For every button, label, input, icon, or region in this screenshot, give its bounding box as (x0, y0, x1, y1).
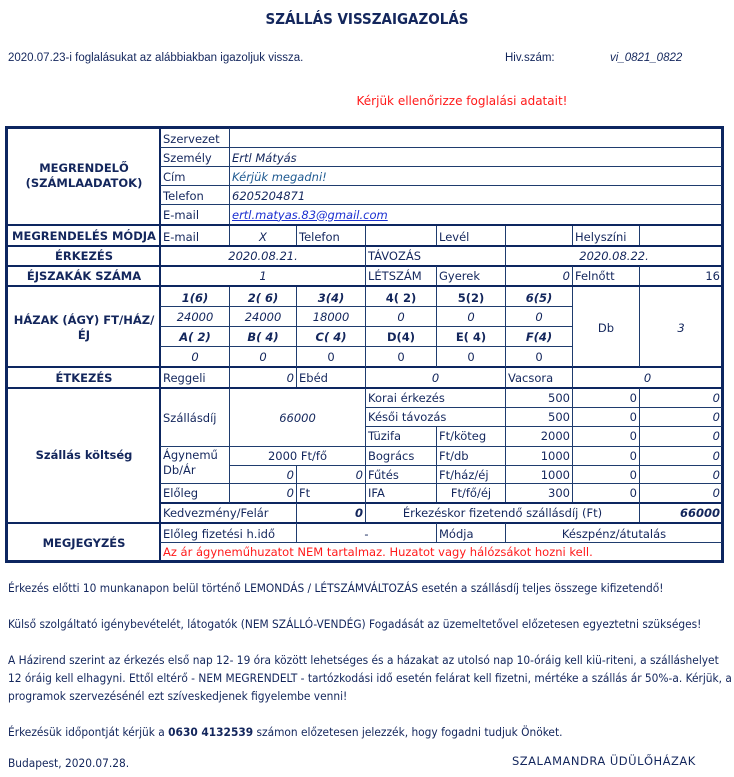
extra-name: IFA (366, 484, 436, 502)
person-label: Személy (161, 148, 229, 167)
grid-line (721, 126, 724, 563)
grid-line (5, 560, 724, 563)
grid-line (5, 522, 724, 524)
children-label: Gyerek (437, 267, 505, 285)
grid-line (296, 465, 297, 502)
extra-qty[interactable]: 0 (573, 408, 639, 426)
children-value[interactable]: 0 (506, 267, 572, 285)
nights-label: ÉJSZAKÁK SZÁMA (8, 267, 160, 285)
grid-line (160, 346, 573, 347)
check-warning: Kérjük ellenőrizze foglalási adatait! (0, 94, 734, 108)
house-name: 5(2) (437, 288, 505, 307)
intro-text: 2020.07.23-i foglalásukat az alábbiakban… (8, 52, 303, 64)
grid-line (160, 542, 722, 543)
extra-qty[interactable]: 0 (573, 447, 639, 465)
adults-value[interactable]: 16 (640, 267, 722, 285)
order-mode-phone-mark[interactable] (366, 227, 436, 246)
lunch-value[interactable]: 0 (366, 369, 505, 387)
arrival-label: ÉRKEZÉS (8, 247, 160, 265)
grid-line (436, 523, 437, 542)
contact-phone[interactable]: 0630 4132539 (168, 725, 253, 739)
order-mode-email-mark[interactable]: X (230, 227, 296, 246)
grid-line (366, 407, 722, 408)
order-mode-phone-label: Telefon (297, 227, 365, 246)
order-mode-label: MEGRENDELÉS MÓDJA (8, 227, 160, 246)
deposit-deadline-value[interactable]: - (297, 525, 436, 542)
grid-line (639, 388, 640, 522)
phone-label: Telefon (161, 186, 229, 205)
grid-line (366, 465, 722, 466)
discount-value[interactable]: 0 (297, 504, 365, 522)
deposit-label: Előleg (161, 484, 229, 502)
grid-line (229, 368, 230, 387)
lunch-label: Ebéd (297, 369, 365, 387)
grid-line (366, 426, 722, 427)
reference-value: vi_0821_0822 (610, 52, 682, 64)
grid-line (229, 128, 230, 224)
house-count-value[interactable]: 3 (640, 288, 722, 367)
adults-label: Felnőtt (573, 267, 639, 285)
cancellation-terms: Érkezés előtti 10 munkanapon belül törté… (8, 579, 732, 597)
extra-total: 0 (640, 408, 722, 426)
houses-label: HÁZAK (ÁGY) FT/HÁZ/ ÉJ (8, 288, 160, 367)
grid-line (160, 204, 722, 205)
house-price[interactable]: 0 (506, 347, 572, 366)
house-name: 4( 2) (366, 288, 436, 307)
notes-remark: Az ár ágyneműhuzatot NEM tartalmaz. Huza… (161, 543, 722, 560)
grid-line (229, 226, 230, 245)
company-name: SZALAMANDRA ÜDÜLŐHÁZAK (512, 754, 696, 768)
extra-price: 1000 (506, 447, 572, 465)
cost-section-label: Szállás költség (8, 389, 160, 522)
grid-line (572, 226, 573, 245)
house-count-label: Db (573, 288, 639, 367)
extra-total: 0 (640, 466, 722, 484)
grid-line (229, 388, 230, 503)
house-name: B( 4) (230, 327, 296, 346)
house-price[interactable]: 0 (161, 347, 229, 366)
house-name: C( 4) (297, 327, 365, 346)
bedding-price: 2000 Ft/fő (230, 447, 365, 465)
address-label: Cím (161, 167, 229, 186)
grid-line (505, 226, 506, 245)
order-mode-letter-label: Levél (437, 227, 505, 246)
notes-label: MEGJEGYZÉS (8, 525, 160, 561)
arrival-notice-before: Érkezésük időpontját kérjük a (8, 725, 168, 739)
payment-method-value[interactable]: Készpénz/átutalás (506, 525, 722, 542)
extra-name: Késői távozás (366, 408, 505, 426)
amount-due-value: 66000 (640, 504, 722, 522)
extra-total: 0 (640, 447, 722, 465)
house-name: A( 2) (161, 327, 229, 346)
grid-line (159, 126, 161, 563)
house-price[interactable]: 0 (437, 347, 505, 366)
house-rules-terms: A Házirend szerint az érkezés első nap 1… (8, 651, 732, 705)
address-value[interactable]: Kérjük megadni! (230, 167, 722, 186)
extra-price: 1000 (506, 466, 572, 484)
house-name: D(4) (366, 327, 436, 346)
house-price[interactable]: 24000 (161, 307, 229, 326)
org-label: Szervezet (161, 129, 229, 148)
grid-line (572, 368, 573, 387)
arrival-notice: Érkezésük időpontját kérjük a 0630 41325… (8, 723, 732, 741)
grid-line (366, 446, 722, 447)
grid-line (505, 266, 506, 285)
extra-name: Tüzifa (366, 427, 436, 445)
grid-line (160, 326, 573, 327)
order-mode-email-label: E-mail (161, 227, 229, 246)
extra-name: Bogrács (366, 447, 436, 465)
grid-line (436, 266, 437, 285)
extra-qty[interactable]: 0 (573, 427, 639, 445)
grid-line (160, 446, 366, 447)
grid-line (160, 147, 722, 148)
house-name: 3(4) (297, 288, 365, 307)
grid-line (366, 483, 722, 484)
reference-label: Hiv.szám: (505, 52, 555, 64)
grid-line (505, 388, 506, 502)
house-name: E( 4) (437, 327, 505, 346)
departure-label: TÁVOZÁS (366, 247, 505, 265)
extra-price: 500 (506, 408, 572, 426)
grid-line (639, 266, 640, 285)
grid-line (365, 388, 366, 522)
extra-unit: Ft/db (437, 447, 505, 465)
arrival-date[interactable]: 2020.08.21. (161, 247, 365, 265)
deposit-deadline-label: Előleg fizetési h.idő (161, 525, 296, 542)
grid-line (572, 388, 573, 502)
meals-label: ÉTKEZÉS (8, 369, 160, 387)
house-name: 6(5) (506, 288, 572, 307)
external-services-terms: Külső szolgáltató igénybevételét, látoga… (8, 615, 732, 633)
grid-line (505, 246, 506, 265)
discount-label: Kedvezmény/Felár (161, 504, 296, 522)
bedding-label: Ágynemű Db/Ár (161, 447, 229, 483)
grid-line (572, 266, 573, 285)
grid-line (296, 287, 297, 367)
grid-line (639, 226, 640, 245)
headcount-label: LÉTSZÁM (366, 267, 436, 285)
dinner-label: Vacsora (506, 369, 572, 387)
house-name: 1(6) (161, 288, 229, 307)
grid-line (365, 226, 366, 245)
grid-line (160, 306, 573, 307)
bedding-total: 0 (297, 466, 365, 483)
order-mode-letter-mark[interactable] (506, 227, 572, 246)
house-price[interactable]: 0 (230, 347, 296, 366)
grid-line (160, 483, 366, 484)
dinner-value[interactable]: 0 (573, 369, 722, 387)
grid-line (160, 502, 722, 504)
payment-method-label: Módja (437, 525, 505, 542)
house-price[interactable]: 0 (437, 307, 505, 326)
grid-line (572, 287, 573, 367)
grid-line (160, 166, 722, 167)
grid-line (505, 287, 506, 367)
breakfast-label: Reggeli (161, 369, 229, 387)
extra-unit: Ft/fő/éj (437, 484, 505, 502)
extra-unit: Ft/ház/éj (437, 466, 505, 484)
grid-line (296, 503, 297, 522)
grid-line (505, 523, 506, 542)
document-title: SZÁLLÁS VISSZAIGAZOLÁS (0, 10, 734, 28)
org-value[interactable] (230, 129, 722, 148)
house-price[interactable]: 18000 (297, 307, 365, 326)
grid-line (436, 287, 437, 367)
extra-qty[interactable]: 0 (573, 389, 639, 407)
extra-price: 300 (506, 484, 572, 502)
amount-due-label: Érkezéskor fizetendő szállásdíj (Ft) (366, 504, 639, 522)
customer-section-label: MEGRENDELŐ (SZÁMLAADATOK) (8, 128, 160, 224)
grid-line (5, 126, 8, 563)
bedding-qty[interactable]: 0 (230, 466, 296, 483)
house-name: 2( 6) (230, 288, 296, 307)
extra-qty[interactable]: 0 (573, 466, 639, 484)
extra-total: 0 (640, 389, 722, 407)
extra-name: Fűtés (366, 466, 436, 484)
grid-line (505, 368, 506, 387)
extra-price: 500 (506, 389, 572, 407)
house-price[interactable]: 0 (506, 307, 572, 326)
grid-line (230, 465, 366, 466)
grid-line (639, 287, 640, 367)
house-price[interactable]: 0 (366, 347, 436, 366)
order-mode-onsite-mark[interactable] (640, 227, 722, 246)
grid-line (365, 246, 366, 285)
nights-value[interactable]: 1 (161, 267, 365, 285)
grid-line (365, 287, 366, 367)
email-label: E-mail (161, 205, 229, 224)
grid-line (296, 226, 297, 245)
grid-line (436, 226, 437, 245)
house-name: F(4) (506, 327, 572, 346)
grid-line (296, 368, 297, 387)
extra-unit: Ft/köteg (437, 427, 505, 445)
breakfast-value[interactable]: 0 (230, 369, 296, 387)
house-price[interactable]: 0 (297, 347, 365, 366)
departure-date[interactable]: 2020.08.22. (506, 247, 722, 265)
grid-line (365, 368, 366, 387)
accommodation-fee-label: Szállásdíj (161, 389, 229, 446)
grid-line (5, 126, 724, 129)
extra-total: 0 (640, 484, 722, 502)
grid-line (436, 426, 437, 502)
email-link[interactable]: ertl.matyas.83@gmail.com (230, 205, 722, 224)
house-price[interactable]: 24000 (230, 307, 296, 326)
extra-name: Korai érkezés (366, 389, 505, 407)
phone-value[interactable]: 6205204871 (230, 186, 722, 205)
grid-line (229, 287, 230, 367)
extra-total: 0 (640, 427, 722, 445)
deposit-unit: Ft (297, 484, 365, 502)
extra-qty[interactable]: 0 (573, 484, 639, 502)
grid-line (296, 523, 297, 542)
deposit-value[interactable]: 0 (230, 484, 296, 502)
order-mode-onsite-label: Helyszíni (573, 227, 639, 246)
person-value[interactable]: Ertl Mátyás (230, 148, 722, 167)
grid-line (160, 185, 722, 186)
accommodation-fee-value[interactable]: 66000 (230, 389, 365, 446)
extra-price: 2000 (506, 427, 572, 445)
arrival-notice-after: számon előzetesen jelezzék, hogy fogadni… (253, 725, 562, 739)
house-price[interactable]: 0 (366, 307, 436, 326)
